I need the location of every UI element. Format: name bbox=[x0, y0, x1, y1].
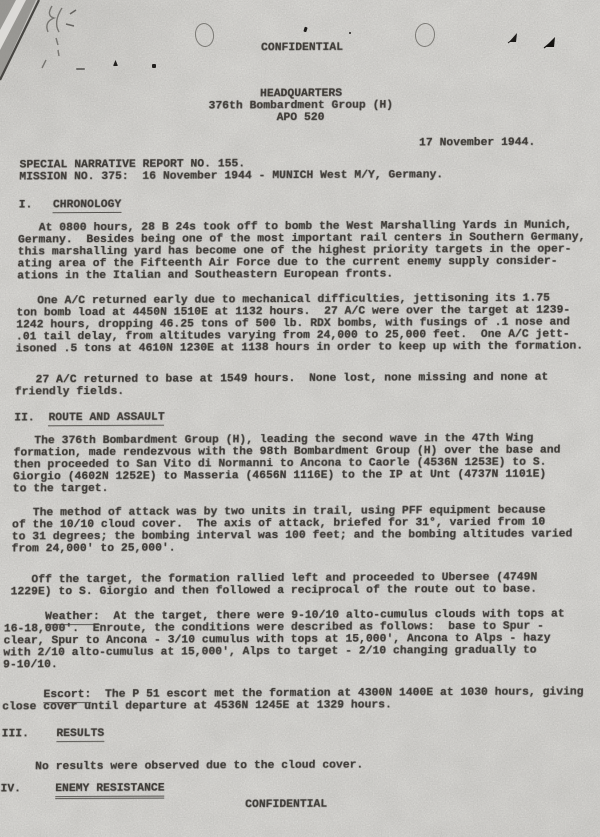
paragraph: The 376th Bombardment Group (H), leading… bbox=[13, 432, 594, 495]
text-line: to the target. bbox=[13, 480, 593, 495]
typewritten-text: CONFIDENTIAL HEADQUARTERS 376th Bombardm… bbox=[0, 40, 600, 812]
text-line: friendly fields. bbox=[15, 383, 595, 398]
ink-speck bbox=[349, 32, 351, 34]
section-numeral: IV. bbox=[0, 783, 55, 795]
text-line: from 24,000' to 25,000'. bbox=[11, 540, 591, 555]
classification-bottom: CONFIDENTIAL bbox=[0, 797, 586, 812]
letterhead: HEADQUARTERS 376th Bombardment Group (H)… bbox=[0, 86, 600, 125]
classification-top: CONFIDENTIAL bbox=[2, 40, 600, 55]
section-title: ROUTE AND ASSAULT bbox=[48, 412, 165, 426]
section-numeral: I. bbox=[19, 199, 53, 211]
section-title: ENEMY RESISTANCE bbox=[55, 783, 165, 799]
paragraph-weather: Weather: At the target, there were 9-10/… bbox=[3, 608, 590, 671]
paragraph: One A/C returned early due to mechanical… bbox=[16, 292, 597, 355]
section-heading-chronology: I. CHRONOLOGY bbox=[19, 196, 599, 211]
text-line: 1229E) to S. Giorgio and then followed a… bbox=[10, 583, 590, 598]
paragraph: The method of attack was by two units in… bbox=[11, 504, 592, 555]
section-heading-enemy-resistance: IV. ENEMY RESISTANCE bbox=[0, 780, 586, 795]
section-title: CHRONOLOGY bbox=[53, 199, 122, 213]
text-line: close cover until departure at 4536N 124… bbox=[2, 698, 588, 713]
paragraph-escort: Escort: The P 51 escort met the formatio… bbox=[2, 686, 589, 713]
text-line: ations in the Italian and Southeastern E… bbox=[17, 267, 597, 282]
section-numeral: III. bbox=[1, 728, 56, 740]
section-numeral: II. bbox=[14, 412, 48, 424]
section-title: RESULTS bbox=[56, 728, 104, 742]
paragraph: Off the target, the formation rallied le… bbox=[10, 571, 591, 598]
paragraph: At 0800 hours, 28 B 24s took off to bomb… bbox=[17, 219, 598, 282]
paragraph: 27 A/C returned to base at 1549 hours. N… bbox=[15, 371, 596, 398]
paragraph: No results were observed due to the clou… bbox=[1, 758, 587, 773]
text-line: isoned .5 tons at 4610N 1230E at 1138 ho… bbox=[16, 340, 596, 355]
letterhead-apo: APO 520 bbox=[0, 110, 600, 125]
report-identification: SPECIAL NARRATIVE REPORT NO. 155. MISSIO… bbox=[19, 156, 600, 183]
section-heading-results: III. RESULTS bbox=[1, 725, 587, 740]
scanned-document-page: CONFIDENTIAL HEADQUARTERS 376th Bombardm… bbox=[0, 0, 600, 837]
mission-line: MISSION NO. 375: 16 November 1944 - MUNI… bbox=[19, 168, 599, 183]
text-line: No results were observed due to the clou… bbox=[1, 758, 587, 773]
document-date: 17 November 1944. bbox=[419, 136, 600, 149]
section-heading-route-and-assault: II. ROUTE AND ASSAULT bbox=[14, 409, 594, 424]
ink-speck bbox=[303, 27, 307, 33]
